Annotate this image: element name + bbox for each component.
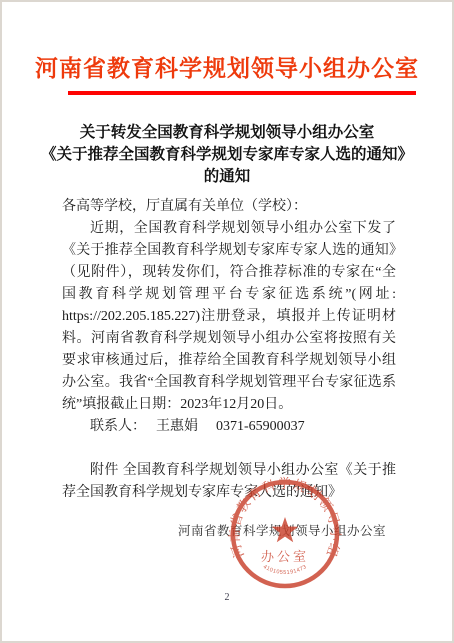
red-divider — [68, 91, 416, 95]
page-number: 2 — [2, 592, 452, 603]
seal-serial-number: 4101055191473 — [262, 564, 308, 576]
contact-line: 联系人：王惠娟0371-65900037 — [62, 416, 396, 438]
document-title-line1: 关于转发全国教育科学规划领导小组办公室 — [2, 122, 452, 144]
contact-label: 联系人： — [90, 419, 146, 434]
letterhead-title: 河南省教育科学规划领导小组办公室 — [2, 53, 452, 83]
contact-phone: 0371-65900037 — [216, 419, 305, 434]
contact-name: 王惠娟 — [156, 419, 198, 434]
salutation: 各高等学校，厅直属有关单位（学校）： — [62, 196, 396, 218]
document-page: 河南省教育科学规划领导小组办公室 关于转发全国教育科学规划领导小组办公室 《关于… — [0, 0, 454, 643]
document-body: 各高等学校，厅直属有关单位（学校）： 近期，全国教育科学规划领导小组办公室下发了… — [62, 196, 396, 504]
seal-center-text: 办公室 — [261, 549, 309, 564]
document-title-line3: 的通知 — [2, 166, 452, 188]
document-title: 关于转发全国教育科学规划领导小组办公室 《关于推荐全国教育科学规划专家库专家人选… — [2, 122, 452, 188]
attachment-line: 附件 全国教育科学规划领导小组办公室《关于推荐全国教育科学规划专家库专家人选的通… — [62, 460, 396, 504]
signature-office: 河南省教育科学规划领导小组办公室 — [178, 521, 386, 539]
main-paragraph: 近期，全国教育科学规划领导小组办公室下发了《关于推荐全国教育科学规划专家库专家人… — [62, 218, 396, 416]
document-title-line2: 《关于推荐全国教育科学规划专家库专家人选的通知》 — [2, 144, 452, 166]
